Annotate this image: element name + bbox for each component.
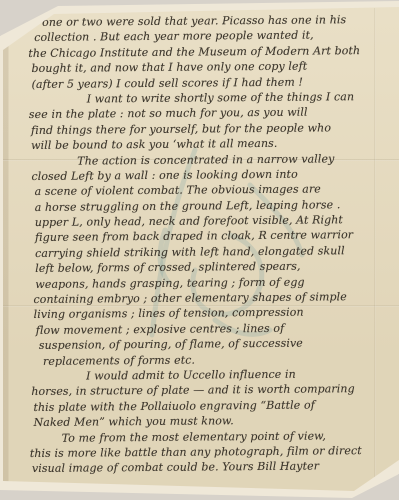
photograph-background: one or two were sold that year. Picasso … (0, 0, 399, 500)
letter-line: horses, in structure of plate — and it i… (31, 381, 395, 400)
letter-paper: one or two were sold that year. Picasso … (0, 0, 399, 500)
letter-line: visual image of combat could be. Yours B… (32, 458, 396, 477)
letter-text: one or two were sold that year. Picasso … (28, 12, 396, 477)
letter-line: I want to write shortly some of the thin… (87, 89, 393, 107)
